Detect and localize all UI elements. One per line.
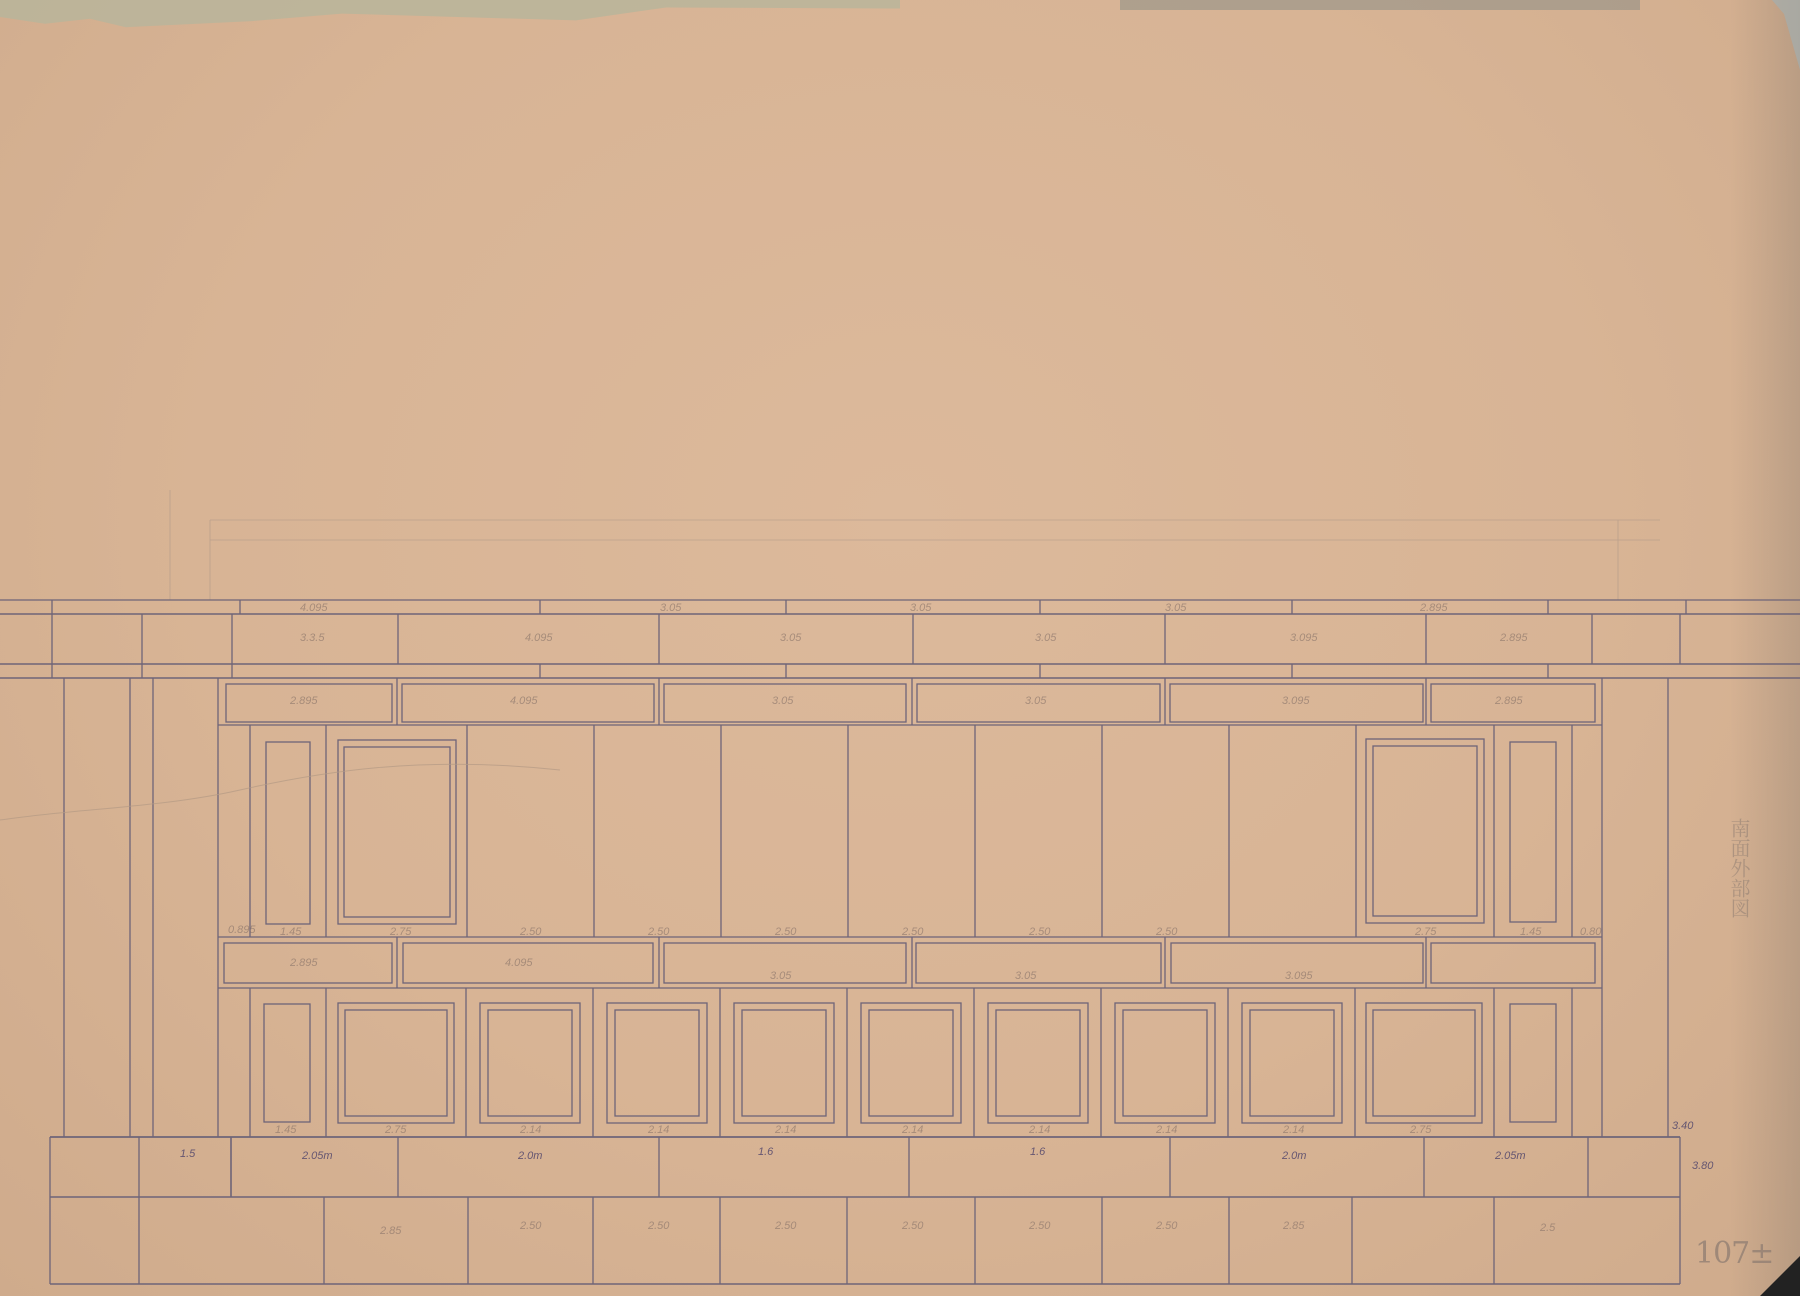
dim-label: 2.50 (1156, 1220, 1177, 1232)
dim-label: 4.095 (510, 695, 538, 707)
dim-label: 2.50 (1156, 926, 1177, 938)
upper-bays (218, 725, 1602, 937)
dim-label: 3.05 (770, 970, 791, 982)
dim-label: 2.50 (648, 926, 669, 938)
dim-label: 2.895 (290, 957, 318, 969)
dim-label: 2.14 (1029, 1124, 1050, 1136)
lower-panels (250, 988, 1572, 1137)
dim-label: 2.14 (775, 1124, 796, 1136)
dim-label: 1.5 (180, 1148, 195, 1160)
dim-label: 2.50 (1029, 926, 1050, 938)
dim-label: 2.75 (1415, 926, 1436, 938)
dim-label: 3.40 (1672, 1120, 1693, 1132)
dim-label: 2.0m (1282, 1150, 1306, 1162)
dim-label: 3.80 (1692, 1160, 1713, 1172)
dim-label: 2.50 (520, 926, 541, 938)
dim-label: 4.095 (525, 632, 553, 644)
dim-label: 2.895 (1495, 695, 1523, 707)
dim-label: 3.05 (780, 632, 801, 644)
dim-label: 2.14 (902, 1124, 923, 1136)
dim-label: 2.85 (380, 1225, 401, 1237)
dim-label: 2.895 (1420, 602, 1448, 614)
dim-label: 3.3.5 (300, 632, 324, 644)
sheet-number: 107± (1695, 1236, 1773, 1271)
mid-rail-panels (218, 937, 1602, 988)
dim-label: 2.50 (775, 1220, 796, 1232)
dim-label: 2.05m (302, 1150, 333, 1162)
dim-label: 2.75 (1410, 1124, 1431, 1136)
dim-label: 2.85 (1283, 1220, 1304, 1232)
dim-label: 1.45 (280, 926, 301, 938)
dim-label: 1.45 (275, 1124, 296, 1136)
dim-label: 2.0m (518, 1150, 542, 1162)
dim-label: 2.50 (902, 926, 923, 938)
dim-label: 2.5 (1540, 1222, 1555, 1234)
elevation-drawing (0, 0, 1800, 1296)
dim-label: 3.095 (1285, 970, 1313, 982)
construction-lines (170, 490, 1660, 600)
dim-label: 2.50 (902, 1220, 923, 1232)
dim-label: 4.095 (505, 957, 533, 969)
dim-label: 3.05 (1035, 632, 1056, 644)
dim-label: 2.75 (390, 926, 411, 938)
paper-crease (0, 764, 560, 820)
dim-label: 3.05 (1165, 602, 1186, 614)
dim-label: 3.05 (1025, 695, 1046, 707)
cornice (0, 600, 1800, 678)
frieze-panels (218, 678, 1602, 725)
dim-label: 4.095 (300, 602, 328, 614)
drawing-title: 南面外部図 (1728, 818, 1752, 918)
dim-label: 2.14 (648, 1124, 669, 1136)
dim-label: 2.50 (648, 1220, 669, 1232)
dim-label: 3.05 (772, 695, 793, 707)
dim-label: 2.50 (1029, 1220, 1050, 1232)
dim-label: 3.05 (910, 602, 931, 614)
dim-label: 1.45 (1520, 926, 1541, 938)
dim-label: 2.895 (290, 695, 318, 707)
dim-label: 0.80 (1580, 926, 1601, 938)
dim-label: 2.14 (1156, 1124, 1177, 1136)
dim-label: 2.14 (1283, 1124, 1304, 1136)
dim-label: 2.50 (520, 1220, 541, 1232)
dim-label: 3.095 (1290, 632, 1318, 644)
dim-label: 3.05 (1015, 970, 1036, 982)
dim-label: 2.75 (385, 1124, 406, 1136)
dim-label: 1.6 (758, 1146, 773, 1158)
dim-label: 2.50 (775, 926, 796, 938)
dim-label: 2.05m (1495, 1150, 1526, 1162)
pilasters (64, 678, 1668, 1137)
dim-label: 0.895 (228, 924, 256, 936)
dim-label: 2.895 (1500, 632, 1528, 644)
dim-label: 3.05 (660, 602, 681, 614)
plinth (50, 1137, 1680, 1284)
dim-label: 3.095 (1282, 695, 1310, 707)
dim-label: 1.6 (1030, 1146, 1045, 1158)
dim-label: 2.14 (520, 1124, 541, 1136)
